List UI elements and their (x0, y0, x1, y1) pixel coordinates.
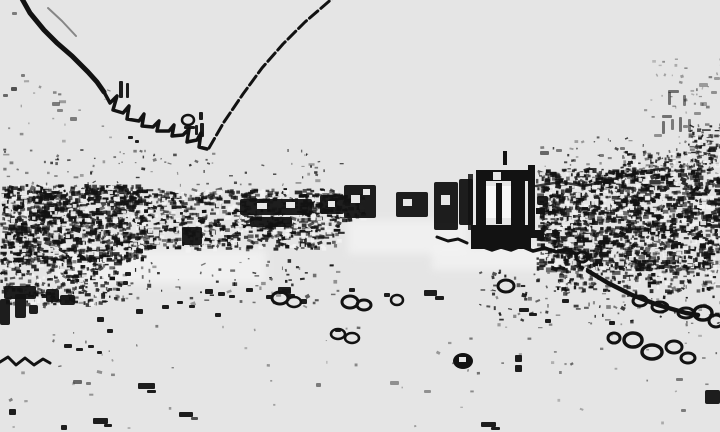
edge-detected-road-scene (0, 0, 720, 432)
edge-detection-viewport (0, 0, 720, 432)
